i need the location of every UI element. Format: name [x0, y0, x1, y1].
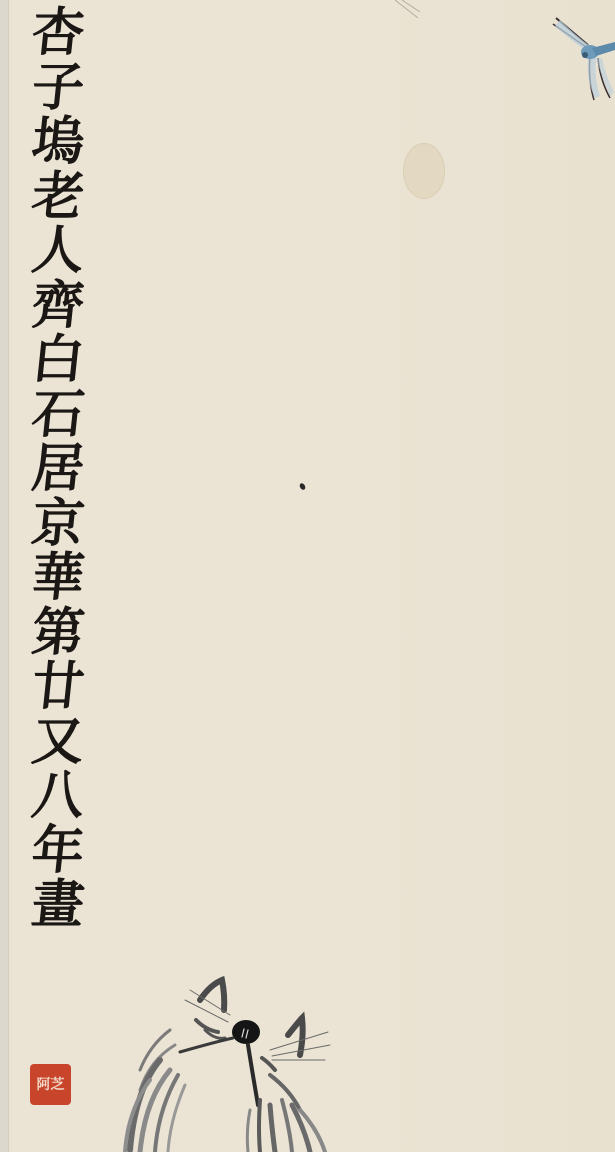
painting-canvas: 杏 子 塢 老 人 齊 白 石 居 京 華 第 廿 又 八 年 畫 阿芝	[0, 0, 615, 1152]
ink-cat-icon	[125, 980, 330, 1152]
painting-illustration	[0, 0, 615, 1152]
dragonfly-icon	[553, 18, 615, 100]
dragonfly-partial-icon	[395, 0, 420, 18]
